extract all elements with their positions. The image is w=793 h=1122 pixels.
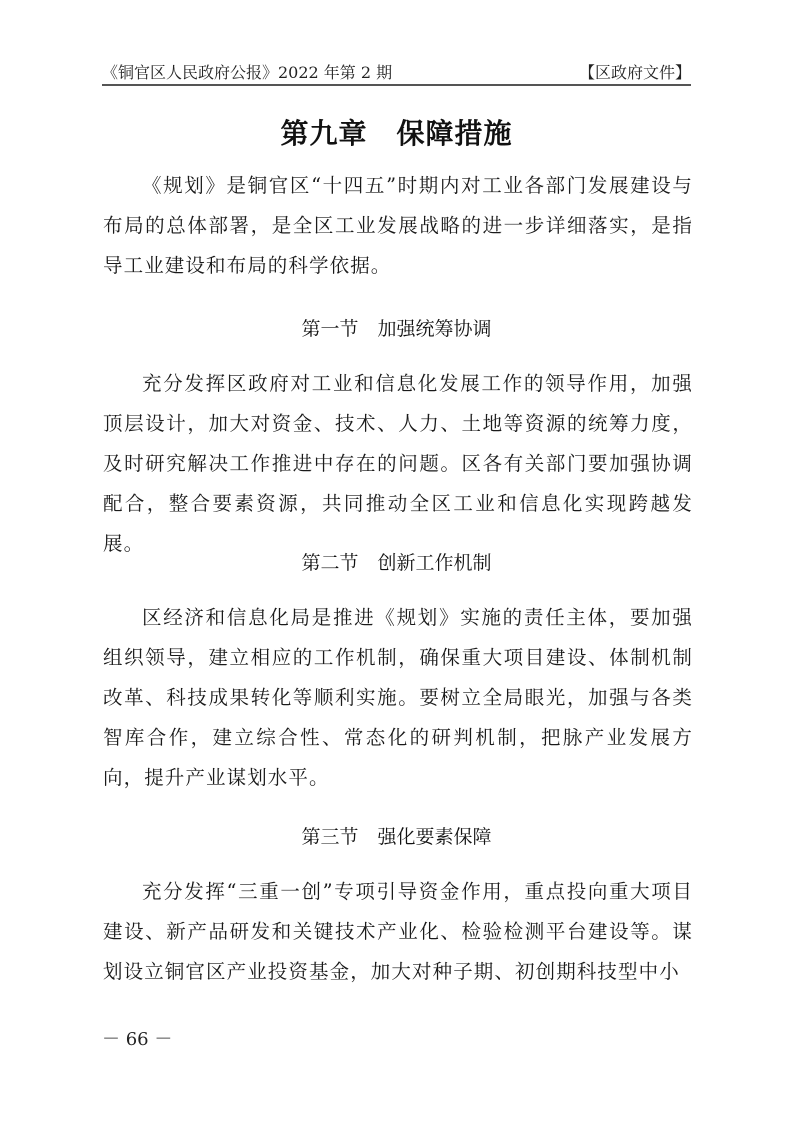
chapter-title: 第九章 保障措施 <box>0 112 793 152</box>
section-title-1: 第一节 加强统筹协调 <box>0 314 793 341</box>
section-1-paragraph: 充分发挥区政府对工业和信息化发展工作的领导作用，加强顶层设计，加大对资金、技术、… <box>103 364 693 564</box>
chapter-intro-paragraph: 《规划》是铜官区“十四五”时期内对工业各部门发展建设与布局的总体部署，是全区工业… <box>103 166 693 286</box>
page-number: － 66 － <box>102 1025 172 1051</box>
publication-title: 《铜官区人民政府公报》2022 年第 2 期 <box>102 60 392 83</box>
section-2-paragraph: 区经济和信息化局是推进《规划》实施的责任主体，要加强组织领导，建立相应的工作机制… <box>103 598 693 798</box>
running-header: 《铜官区人民政府公报》2022 年第 2 期 【区政府文件】 <box>102 60 691 86</box>
section-title-2: 第二节 创新工作机制 <box>0 548 793 575</box>
section-3-paragraph: 充分发挥“三重一创”专项引导资金作用，重点投向重大项目建设、新产品研发和关键技术… <box>103 872 693 992</box>
document-category: 【区政府文件】 <box>579 60 691 83</box>
section-title-3: 第三节 强化要素保障 <box>0 822 793 849</box>
